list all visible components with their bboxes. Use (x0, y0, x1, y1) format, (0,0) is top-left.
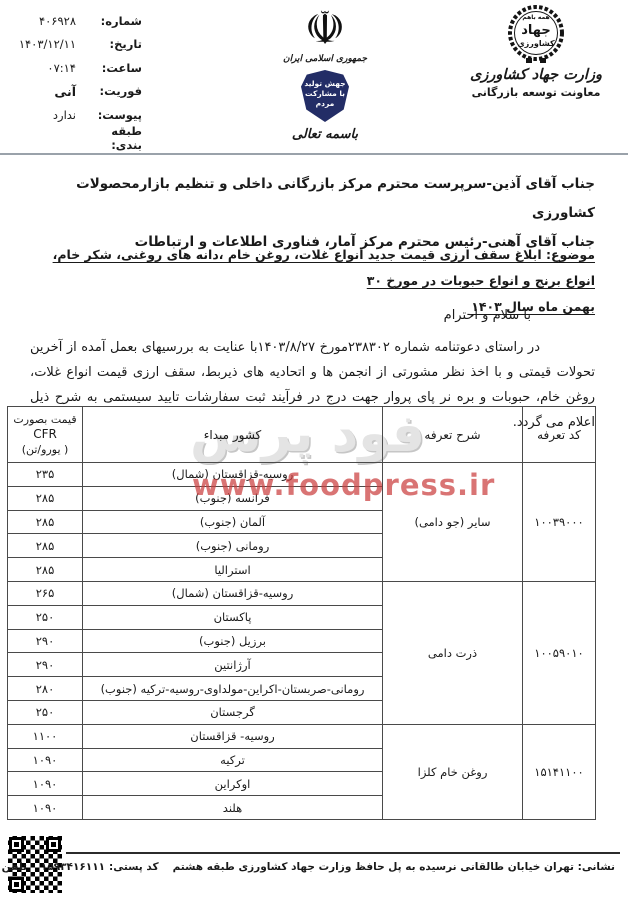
attachment-label: پیوست: (84, 108, 142, 122)
price-cell: ۱۰۹۰ (8, 748, 83, 772)
jihad-keshavarzi-logo-icon: همه باهم جهاد کشاورزی (506, 3, 566, 65)
price-cell: ۲۸۰ (8, 677, 83, 701)
meta-row-time: ساعت: ۰۷:۱۴ (12, 56, 142, 80)
country-cell: هلند (83, 796, 383, 820)
footer-postal: کد پستی: ۱۵۹۳۴۱۶۱۱۱ (41, 861, 159, 873)
deputy-title: معاونت توسعه بازرگانی (452, 86, 620, 99)
qr-finder-icon (9, 837, 24, 852)
logo-top-text: همه باهم (522, 14, 549, 21)
recipient-line-1: جناب آقای آذین-سرپرست محترم مرکز بازرگان… (20, 170, 595, 228)
price-cell: ۲۹۰ (8, 653, 83, 677)
price-header-line-2: CFR (11, 427, 79, 442)
country-cell: آرژانتین (83, 653, 383, 677)
footer-phone: تلفن : ۴۳۵۴۴۸۰۰ (0, 861, 27, 873)
number-label: شماره: (84, 14, 142, 28)
urgency-value: آنی (54, 84, 76, 99)
slogan-line-3: مردم (301, 99, 349, 109)
table-row: ۱۵۱۴۱۱۰۰ روغن خام کلزا روسیه- قزاقستان ۱… (8, 724, 596, 748)
urgency-label: فوریت: (84, 84, 142, 98)
header-divider (0, 153, 628, 155)
date-label: تاریخ: (84, 37, 142, 51)
salutation-text: با سلام و احترام (444, 308, 531, 323)
postal-value: ۱۵۹۳۴۱۶۱۱۱ (41, 861, 105, 873)
price-cell: ۲۸۵ (8, 534, 83, 558)
slogan-line-2: با مشارکت (301, 89, 349, 99)
ministry-title: وزارت جهاد کشاورزی (452, 67, 620, 83)
price-cell: ۲۸۵ (8, 486, 83, 510)
slogan-line-1: جهش تولید (301, 79, 349, 89)
country-column-header: کشور مبداء (83, 407, 383, 463)
country-cell: رومانی-صربستان-اکراین-مولداوی-روسیه-ترکی… (83, 677, 383, 701)
price-cell: ۲۳۵ (8, 463, 83, 487)
meta-row-date: تاریخ: ۱۴۰۳/۱۲/۱۱ (12, 33, 142, 57)
logo-main-text: جهاد (521, 23, 551, 38)
footer-address: نشانی: تهران خیابان طالقانی نرسیده به پل… (173, 861, 615, 873)
year-slogan-badge: جهش تولید با مشارکت مردم (301, 70, 349, 122)
price-header-line-1: قیمت بصورت (11, 412, 79, 427)
qr-finder-icon (9, 877, 24, 892)
group1-code-cell: ۱۰۰۳۹۰۰۰ (523, 463, 596, 582)
country-cell: روسیه-قزاقستان (شمال) (83, 581, 383, 605)
number-value: ۴۰۶۹۲۸ (39, 14, 76, 28)
republic-title: جمهوری اسلامی ایران (252, 54, 398, 64)
code-column-header: کد تعرفه (523, 407, 596, 463)
price-cell: ۲۸۵ (8, 558, 83, 582)
price-header-line-3: ( یورو/تن) (11, 442, 79, 457)
country-cell: پاکستان (83, 605, 383, 629)
country-cell: اوکراین (83, 772, 383, 796)
price-cell: ۲۹۰ (8, 629, 83, 653)
postal-label: کد پستی: (109, 861, 159, 873)
country-cell: استرالیا (83, 558, 383, 582)
group2-code-cell: ۱۰۰۵۹۰۱۰ (523, 581, 596, 724)
table-row: ۱۰۰۵۹۰۱۰ ذرت دامی روسیه-قزاقستان (شمال) … (8, 581, 596, 605)
price-cell: ۲۶۵ (8, 581, 83, 605)
country-cell: گرجستان (83, 700, 383, 724)
logo-sub-text: کشاورزی (517, 39, 555, 48)
besmellah-text: باسمه تعالی (252, 127, 398, 142)
group2-desc-cell: ذرت دامی (383, 581, 523, 724)
meta-row-urgency: فوریت: آنی (12, 80, 142, 104)
footer-divider (66, 852, 620, 854)
country-cell: آلمان (جنوب) (83, 510, 383, 534)
center-letterhead: ☫ جمهوری اسلامی ایران جهش تولید با مشارک… (252, 2, 398, 142)
time-label: ساعت: (84, 61, 142, 75)
meta-row-classification: طبقه بندی: (12, 127, 142, 151)
subject-line-1: موضوع: ابلاغ سقف ارزی قیمت جدید انواع غل… (30, 242, 595, 294)
country-cell: روسیه- قزاقستان (83, 724, 383, 748)
classification-label: طبقه بندی: (84, 124, 142, 152)
meta-row-number: شماره: ۴۰۶۹۲۸ (12, 9, 142, 33)
price-cell: ۱۰۹۰ (8, 796, 83, 820)
meta-block: شماره: ۴۰۶۹۲۸ تاریخ: ۱۴۰۳/۱۲/۱۱ ساعت: ۰۷… (12, 9, 142, 150)
group3-desc-cell: روغن خام کلزا (383, 724, 523, 819)
ministry-letterhead: همه باهم جهاد کشاورزی وزارت جهاد کشاورزی… (452, 3, 620, 99)
attachment-value: ندارد (53, 108, 76, 122)
group3-code-cell: ۱۵۱۴۱۱۰۰ (523, 724, 596, 819)
price-cell: ۱۱۰۰ (8, 724, 83, 748)
desc-column-header: شرح تعرفه (383, 407, 523, 463)
date-value: ۱۴۰۳/۱۲/۱۱ (19, 37, 76, 51)
country-cell: رومانی (جنوب) (83, 534, 383, 558)
country-cell: برزیل (جنوب) (83, 629, 383, 653)
price-cell: ۲۵۰ (8, 605, 83, 629)
price-cell: ۱۰۹۰ (8, 772, 83, 796)
letter-page: شماره: ۴۰۶۹۲۸ تاریخ: ۱۴۰۳/۱۲/۱۱ ساعت: ۰۷… (0, 0, 628, 900)
phone-label: تلفن : (0, 861, 27, 873)
price-cell: ۲۵۰ (8, 700, 83, 724)
meta-row-attachment: پیوست: ندارد (12, 103, 142, 127)
foodpress-watermark-url: www.foodpress.ir (192, 468, 495, 502)
table-header-row: کد تعرفه شرح تعرفه کشور مبداء قیمت بصورت… (8, 407, 596, 463)
price-column-header: قیمت بصورت CFR ( یورو/تن) (8, 407, 83, 463)
footer-contact-line: نشانی: تهران خیابان طالقانی نرسیده به پل… (70, 861, 615, 873)
time-value: ۰۷:۱۴ (47, 61, 76, 75)
qr-finder-icon (46, 837, 61, 852)
iran-emblem-icon: ☫ (252, 2, 398, 54)
country-cell: ترکیه (83, 748, 383, 772)
price-cell: ۲۸۵ (8, 510, 83, 534)
